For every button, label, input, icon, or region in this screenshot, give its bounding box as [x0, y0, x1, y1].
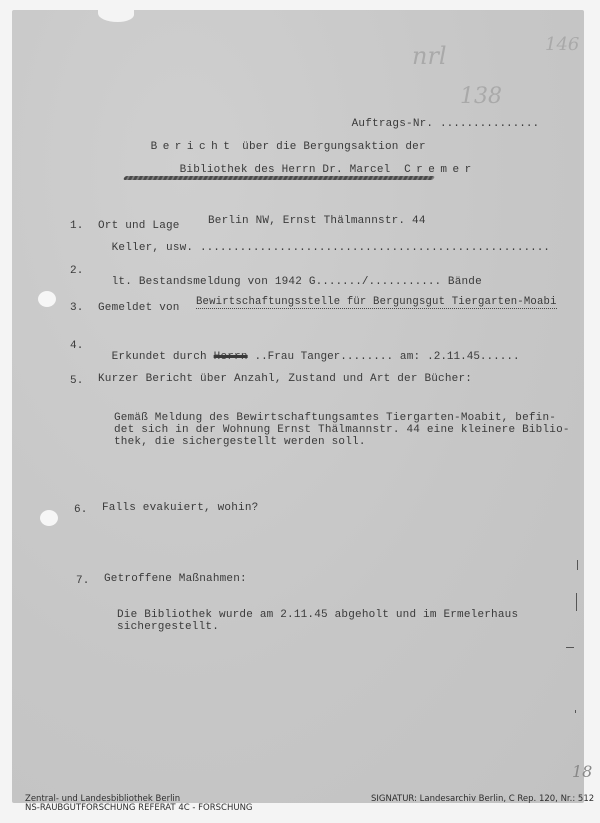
- item-6-label: Falls evakuiert, wohin?: [102, 503, 258, 514]
- margin-mark: [575, 710, 576, 713]
- margin-mark: [577, 560, 578, 570]
- struck-text: Herrn: [214, 351, 248, 363]
- order-number-label: Auftrags-Nr. ...............: [338, 108, 539, 130]
- item-3-label: Gemeldet von: [98, 303, 180, 314]
- handwritten-order-number: 138: [460, 84, 502, 109]
- handwritten-folio-number: 146: [545, 34, 579, 55]
- margin-mark: [576, 593, 577, 611]
- punch-hole: [40, 510, 58, 526]
- torn-corner: [98, 6, 134, 22]
- item-5-body-line: Gemäß Meldung des Bewirtschaftungsamtes …: [114, 413, 556, 424]
- item-3-number: 3.: [70, 303, 84, 314]
- order-number-field: ...............: [440, 118, 539, 130]
- item-7-body-line: sichergestellt.: [117, 622, 219, 633]
- item-7-body-line: Die Bibliothek wurde am 2.11.45 abgeholt…: [117, 610, 518, 621]
- item-7-number: 7.: [76, 576, 90, 587]
- item-1-value: Berlin NW, Ernst Thälmannstr. 44: [208, 216, 426, 227]
- item-5-number: 5.: [70, 376, 84, 387]
- item-4-date: .2.11.45......: [427, 351, 519, 363]
- punch-hole: [38, 291, 56, 307]
- item-2-number: 2.: [70, 266, 84, 277]
- item-3-value: Bewirtschaftungsstelle für Bergungsgut T…: [196, 297, 557, 309]
- item-4-value: ..Frau Tanger........: [254, 351, 393, 363]
- item-4-number: 4.: [70, 341, 84, 352]
- item-5-body-line: det sich in der Wohnung Ernst Thälmannst…: [114, 425, 570, 436]
- report-title: Bericht über die Bergungsaktion der: [137, 131, 426, 153]
- item-1-label: Ort und Lage: [98, 221, 180, 232]
- item-5-body-line: thek, die sichergestellt werden soll.: [114, 437, 366, 448]
- item-1-number: 1.: [70, 221, 84, 232]
- item-2-value: ......./...........: [316, 276, 441, 288]
- handwritten-page-mark: 18: [572, 762, 592, 781]
- item-5-label: Kurzer Bericht über Anzahl, Zustand und …: [98, 374, 472, 385]
- item-4-row: Erkundet durch Herrn ..Frau Tanger......…: [98, 341, 520, 363]
- item-7-label: Getroffene Maßnahmen:: [104, 574, 247, 585]
- footer-signature: SIGNATUR: Landesarchiv Berlin, C Rep. 12…: [371, 795, 594, 804]
- item-2-row: lt. Bestandsmeldung von 1942 G......./..…: [98, 266, 482, 288]
- footer-department: NS-RAUBGUTFORSCHUNG REFERAT 4C - FORSCHU…: [25, 804, 253, 813]
- item-1-label-2: Keller, usw. ...........................…: [98, 232, 550, 254]
- margin-mark: [566, 647, 574, 648]
- handwritten-initials: nrl: [412, 42, 447, 70]
- report-subtitle: Bibliothek des Herrn Dr. Marcel Cremer: [166, 154, 477, 176]
- item-6-number: 6.: [74, 505, 88, 516]
- title-underline: [123, 176, 435, 180]
